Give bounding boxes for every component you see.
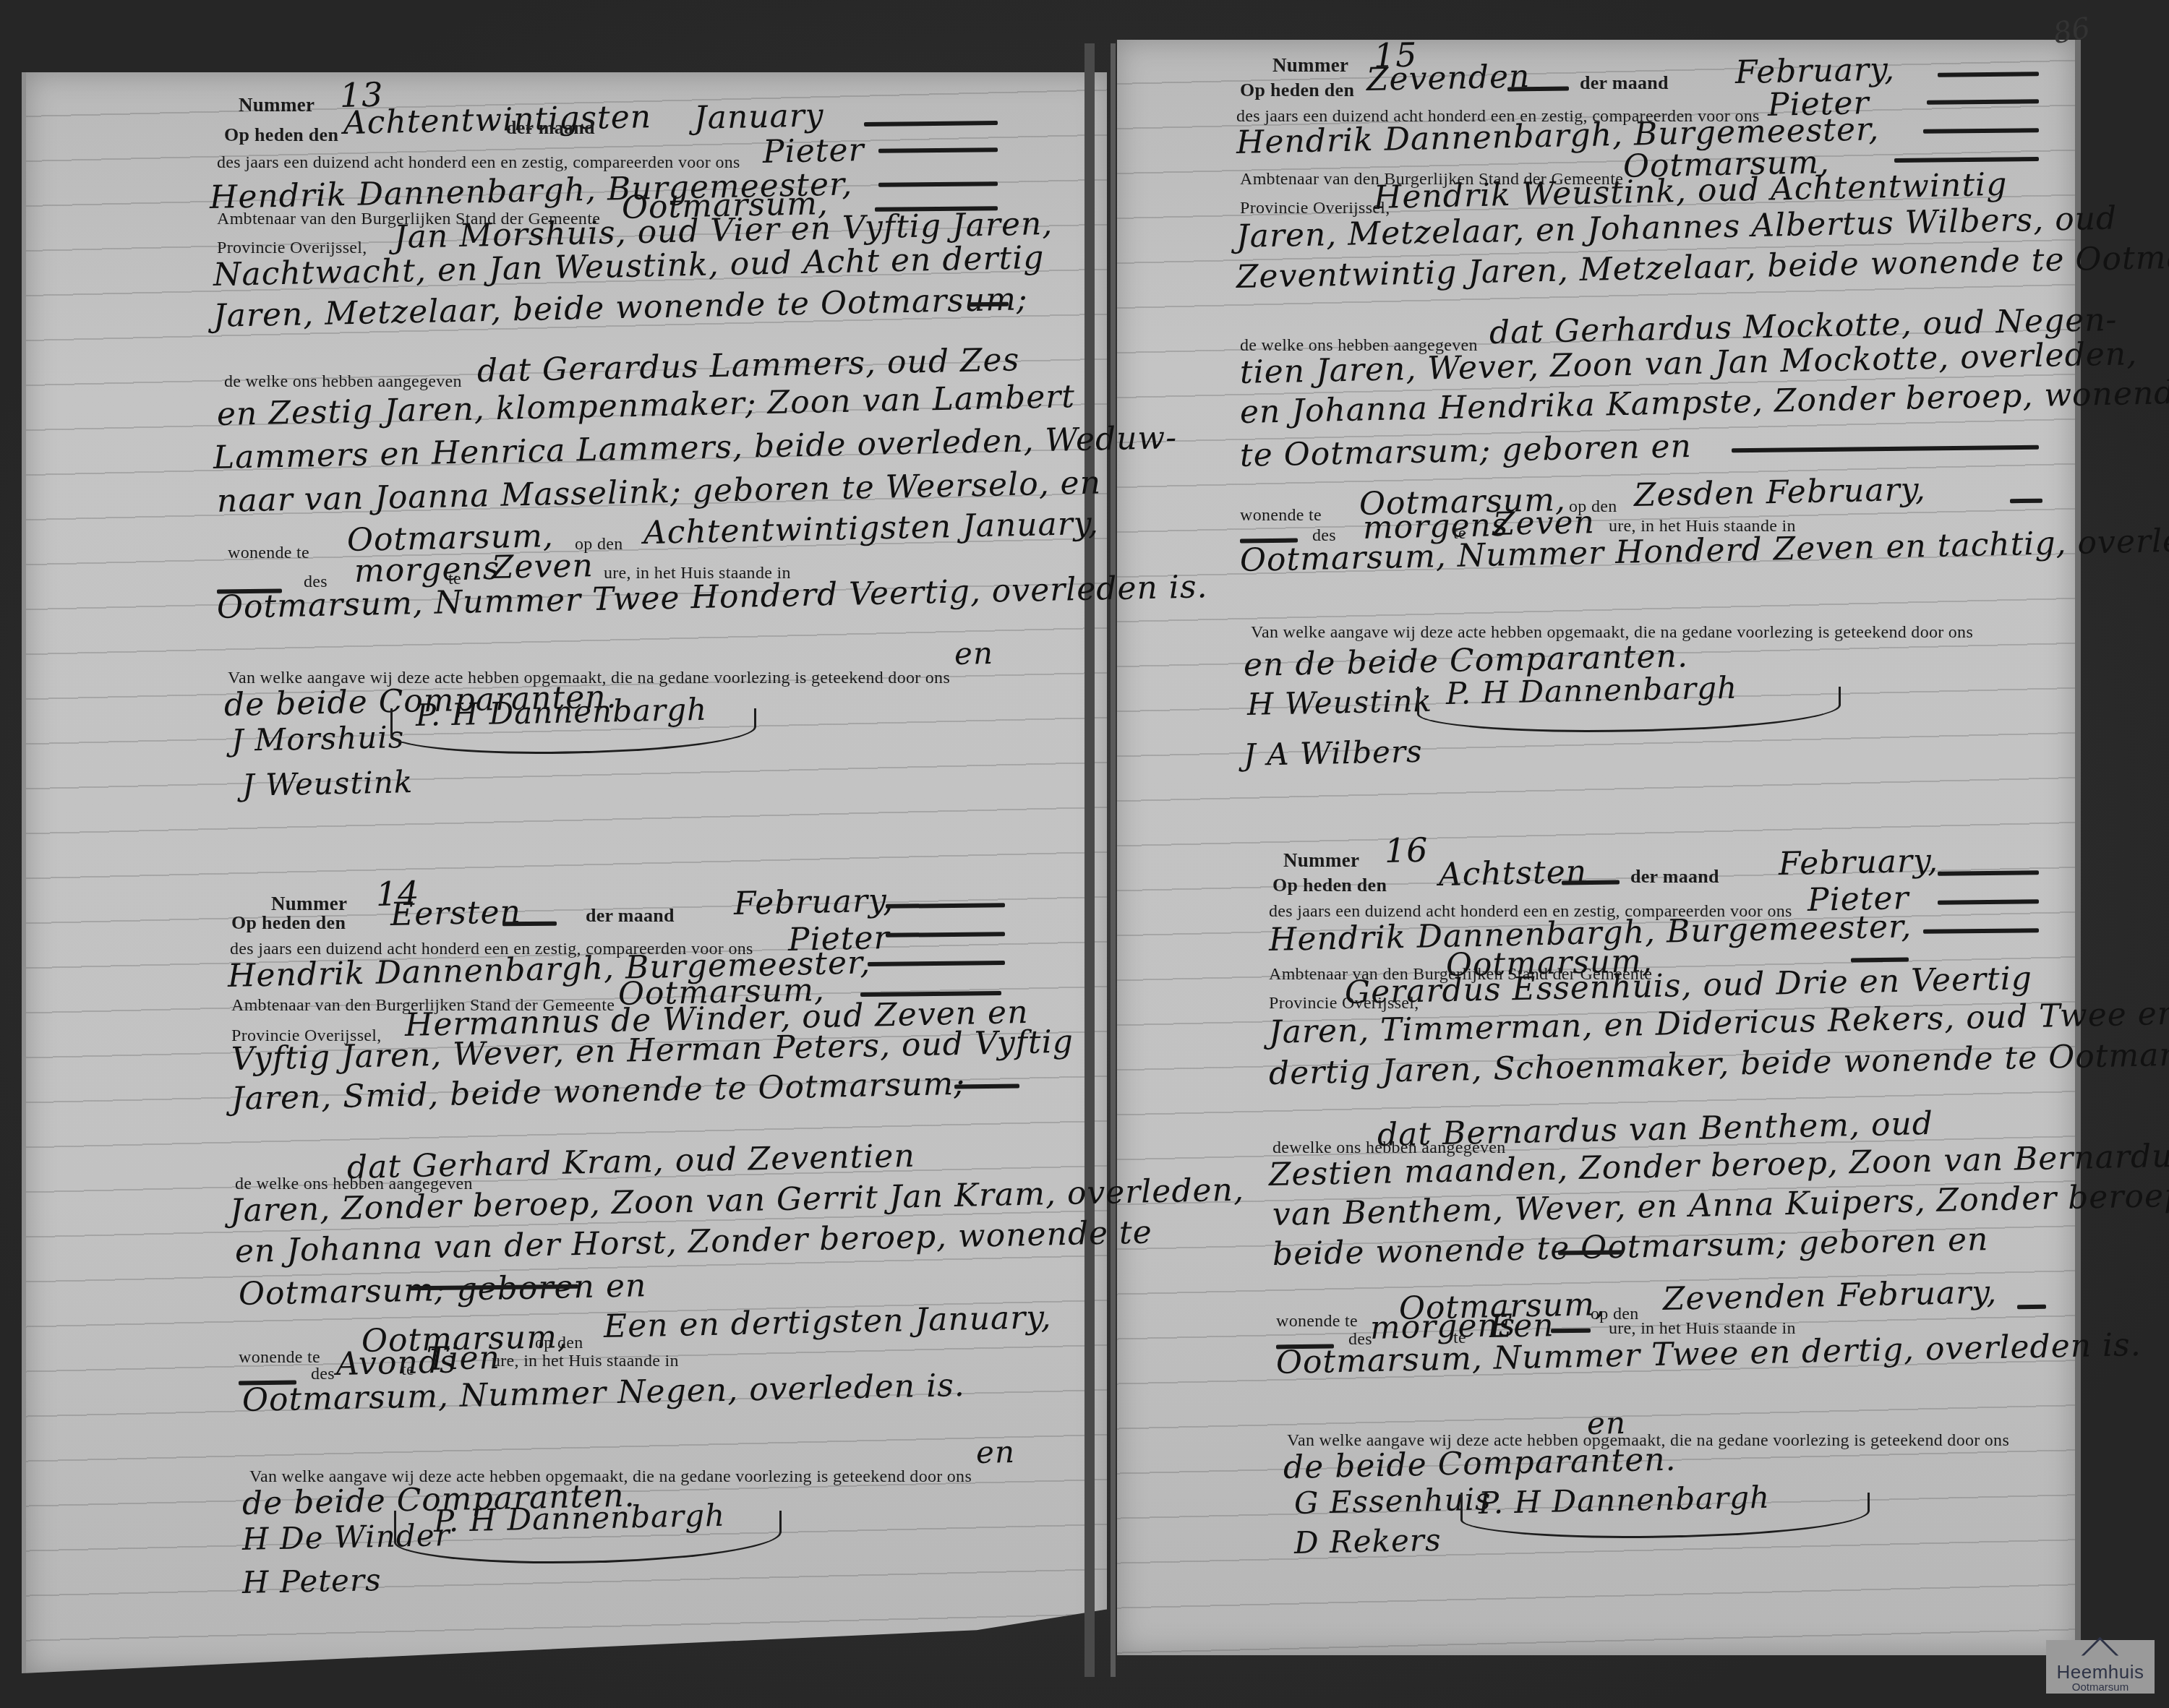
op-heden-den-label: Op heden den: [1272, 875, 1387, 896]
fill-dash: [954, 1084, 1019, 1089]
der-maand-label: der maand: [506, 117, 595, 139]
heemhuis-logo: Heemhuis Ootmarsum: [2046, 1640, 2155, 1694]
death-hour: Tien: [426, 1339, 500, 1378]
fill-dash: [1851, 958, 1909, 963]
record-day: Zevenden: [1366, 58, 1530, 98]
fill-dash: [2017, 1305, 2046, 1309]
witness-signature-2: H Peters: [241, 1562, 382, 1600]
signed-by-connector: en: [954, 635, 993, 671]
te-label: te: [401, 1360, 414, 1380]
nummer-label: Nummer: [1283, 849, 1359, 872]
nummer-label: Nummer: [1272, 54, 1348, 77]
der-maand-label: der maand: [586, 905, 675, 927]
witness-signature-2: J Weustink: [241, 764, 413, 803]
fill-dash: [1507, 87, 1569, 92]
record-month: January: [693, 97, 824, 137]
fill-dash: [502, 922, 557, 927]
folio-number: 86: [2050, 12, 2092, 51]
signed-by-connector: en: [1586, 1405, 1626, 1441]
op-heden-den-label: Op heden den: [224, 124, 338, 146]
record-month: February,: [1778, 842, 1938, 883]
gutter-edge: [1111, 43, 1116, 1677]
wonende-te-label: wonende te: [239, 1348, 320, 1368]
death-date: Zesden February,: [1633, 471, 1926, 514]
record-day: Eersten: [390, 893, 521, 933]
op-heden-den-label: Op heden den: [1240, 80, 1354, 101]
de-welke-label: de welke ons hebben aangegeven: [224, 372, 462, 392]
death-date: Zevenden February,: [1662, 1274, 1997, 1318]
ure-label: ure, in het Huis staande in: [492, 1352, 679, 1371]
wonende-te-label: wonende te: [1240, 506, 1322, 525]
signed-by-connector: en: [975, 1434, 1015, 1470]
record-number: 16: [1384, 831, 1429, 870]
record-day: Achtsten: [1438, 854, 1587, 893]
witness-signature-2: D Rekers: [1293, 1522, 1441, 1561]
record-day: Achtentwintigsten: [343, 98, 651, 142]
witness-signature-1: J Morshuis: [231, 719, 404, 758]
record-month: February,: [733, 882, 894, 922]
wonende-te-label: wonende te: [1276, 1312, 1358, 1331]
op-den-label: op den: [535, 1334, 583, 1353]
witness-signature-1: H Weustink: [1246, 683, 1432, 722]
fill-dash: [1558, 1250, 1623, 1256]
gutter-edge: [1084, 43, 1095, 1677]
fill-dash: [2010, 499, 2042, 503]
logo-subtitle: Ootmarsum: [2072, 1681, 2129, 1694]
death-hour: Zeven: [491, 547, 594, 586]
fill-dash: [1551, 1329, 1591, 1334]
der-maand-label: der maand: [1630, 866, 1719, 888]
official-first-name: Pieter: [762, 132, 865, 171]
logo-name: Heemhuis: [2056, 1662, 2144, 1681]
wonende-te-label: wonende te: [228, 544, 309, 563]
fill-dash: [969, 302, 1009, 307]
nummer-label: Nummer: [239, 94, 315, 116]
der-maand-label: der maand: [1580, 72, 1669, 94]
fill-dash: [1562, 880, 1620, 885]
op-heden-den-label: Op heden den: [231, 912, 346, 934]
witness-signature-2: J A Wilbers: [1243, 734, 1423, 773]
